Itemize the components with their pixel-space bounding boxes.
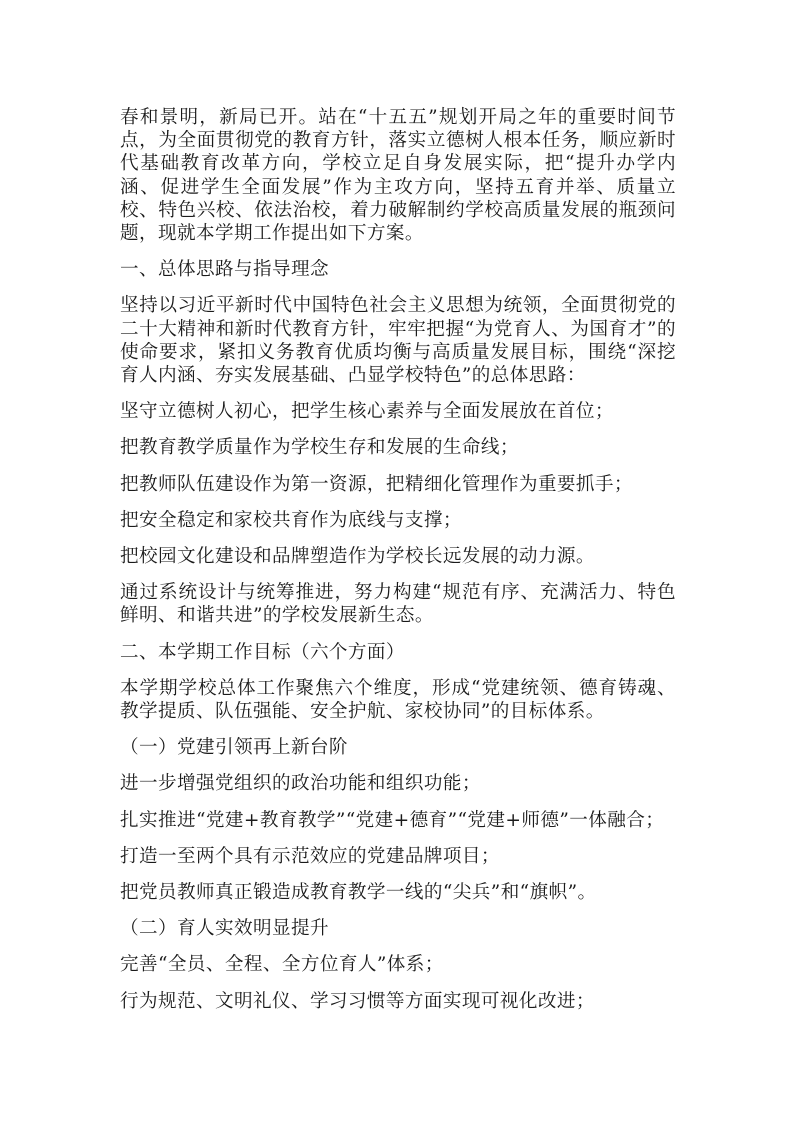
section-heading-1: 一、总体思路与指导理念	[120, 258, 676, 281]
principle-item: 坚守立德树人初心，把学生核心素养与全面发展放在首位；	[120, 400, 676, 423]
goal-item: 扎实推进“党建+教育教学”“党建+德育”“党建+师德”一体融合；	[120, 809, 676, 832]
goal-item: 打造一至两个具有示范效应的党建品牌项目；	[120, 845, 676, 868]
guiding-principle-paragraph: 坚持以习近平新时代中国特色社会主义思想为统领，全面贯彻党的二十大精神和新时代教育…	[120, 294, 676, 387]
principle-item: 把教育教学质量作为学校生存和发展的生命线；	[120, 436, 676, 459]
goal-item: 完善“全员、全程、全方位育人”体系；	[120, 953, 676, 976]
goals-overview-paragraph: 本学期学校总体工作聚焦六个维度，形成“党建统领、德育铸魂、教学提质、队伍强能、安…	[120, 677, 676, 723]
goal-item: 把党员教师真正锻造成教育教学一线的“尖兵”和“旗帜”。	[120, 881, 676, 904]
intro-paragraph: 春和景明，新局已开。站在“十五五”规划开局之年的重要时间节点，为全面贯彻党的教育…	[120, 106, 676, 245]
goal-item: 进一步增强党组织的政治功能和组织功能；	[120, 772, 676, 795]
summary-paragraph: 通过系统设计与统筹推进，努力构建“规范有序、充满活力、特色鲜明、和谐共进”的学校…	[120, 581, 676, 627]
document-page: 春和景明，新局已开。站在“十五五”规划开局之年的重要时间节点，为全面贯彻党的教育…	[120, 106, 676, 1026]
principle-item: 把教师队伍建设作为第一资源，把精细化管理作为重要抓手；	[120, 473, 676, 496]
subheading-education-effectiveness: （二）育人实效明显提升	[120, 917, 676, 940]
section-heading-2: 二、本学期工作目标（六个方面）	[120, 641, 676, 664]
principle-item: 把安全稳定和家校共育作为底线与支撑；	[120, 509, 676, 532]
principle-item: 把校园文化建设和品牌塑造作为学校长远发展的动力源。	[120, 545, 676, 568]
goal-item: 行为规范、文明礼仪、学习习惯等方面实现可视化改进；	[120, 990, 676, 1013]
subheading-party-building: （一）党建引领再上新台阶	[120, 736, 676, 759]
